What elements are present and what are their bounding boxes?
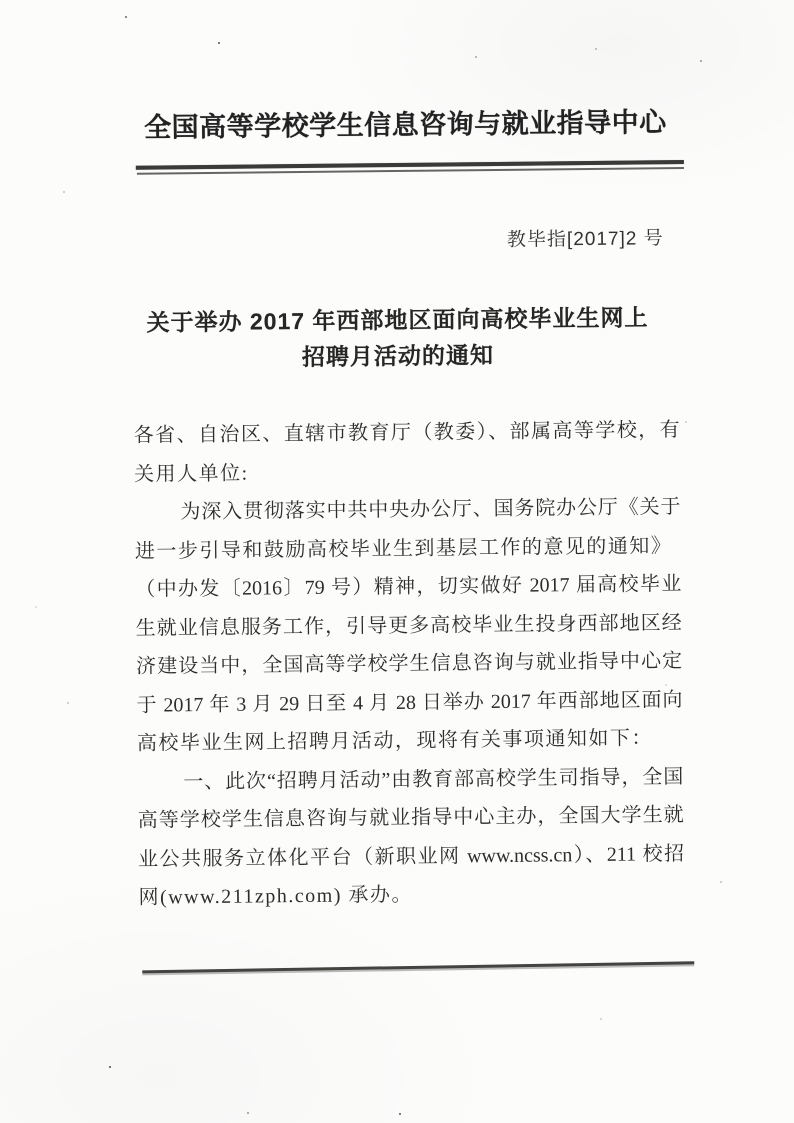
body-line: 高校毕业生网上招聘月活动，现将有关事项通知如下：: [137, 719, 683, 763]
notice-title: 关于举办 2017 年西部地区面向高校毕业生网上 招聘月活动的通知: [117, 299, 678, 377]
page-bottom-rule: [142, 961, 694, 973]
document-content: 全国高等学校学生信息咨询与就业指导中心 教毕指[2017]2 号 关于举办 20…: [0, 0, 794, 1123]
body-line: 关用人单位:: [134, 450, 680, 494]
body-line: 高等学校学生信息咨询与就业指导中心主办，全国大学生就: [138, 796, 684, 840]
notice-body: 各省、自治区、直辖市教育厅（教委）、部属高等学校，有 关用人单位: 为深入贯彻落…: [133, 411, 684, 917]
document-reference-number: 教毕指[2017]2 号: [507, 223, 664, 252]
body-line: 于 2017 年 3 月 29 日至 4 月 28 日举办 2017 年西部地区…: [136, 681, 682, 725]
notice-title-line-2: 招聘月活动的通知: [118, 335, 678, 377]
body-line: 进一步引导和鼓励高校毕业生到基层工作的意见的通知》: [135, 527, 681, 571]
scanned-document-page: 全国高等学校学生信息咨询与就业指导中心 教毕指[2017]2 号 关于举办 20…: [0, 0, 794, 1123]
body-line: 网(www.211zph.com) 承办。: [138, 873, 684, 917]
body-line: 济建设当中，全国高等学校学生信息咨询与就业指导中心定: [136, 642, 682, 686]
body-line: 业公共服务立体化平台（新职业网 www.ncss.cn）、211 校招: [138, 835, 684, 879]
body-line: 一、此次“招聘月活动”由教育部高校学生司指导，全国: [137, 758, 683, 802]
notice-title-line-1: 关于举办 2017 年西部地区面向高校毕业生网上: [117, 299, 677, 341]
letterhead-org-name: 全国高等学校学生信息咨询与就业指导中心: [135, 100, 675, 145]
body-line: （中办发〔2016〕79 号）精神，切实做好 2017 届高校毕业: [135, 565, 681, 609]
body-line: 为深入贯彻落实中共中央办公厅、国务院办公厅《关于: [134, 488, 680, 532]
body-line: 各省、自治区、直辖市教育厅（教委）、部属高等学校，有: [133, 411, 679, 455]
body-line: 生就业信息服务工作，引导更多高校毕业生投身西部地区经: [136, 604, 682, 648]
